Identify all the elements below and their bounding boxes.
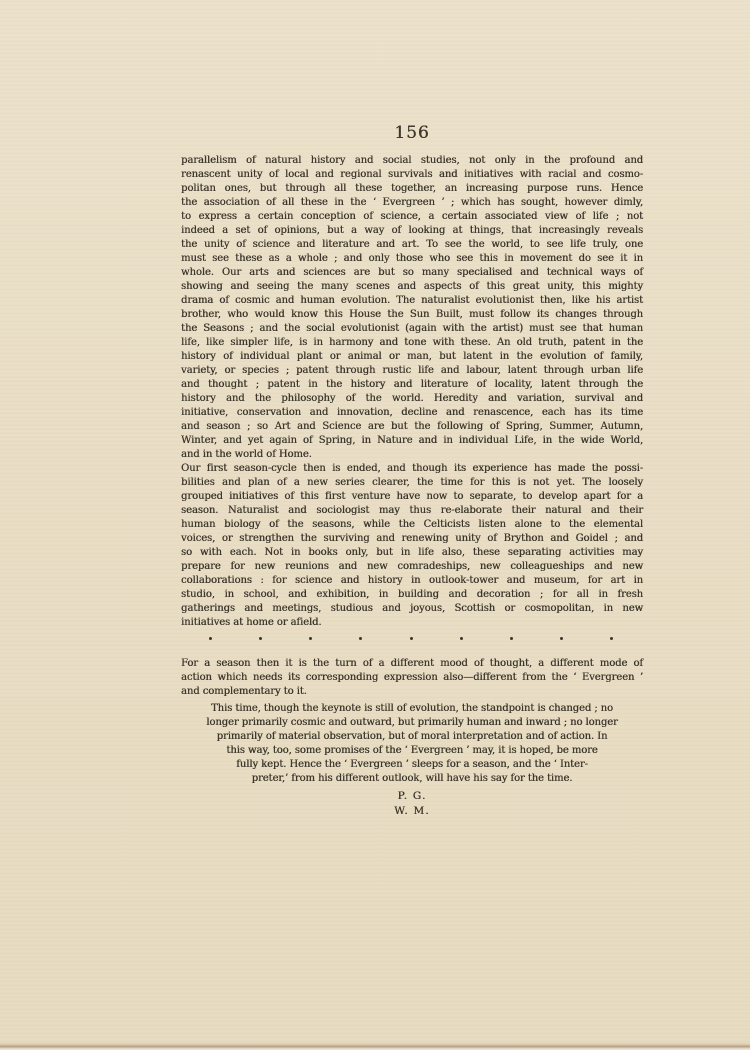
text-line: brother, who would know this House the S… <box>181 308 643 322</box>
text-line: history and the philosophy of the world.… <box>181 392 643 406</box>
text-line: history of individual plant or animal or… <box>181 350 643 364</box>
text-line: and in the world of Home. <box>181 448 643 462</box>
text-line: For a season then it is the turn of a di… <box>181 657 643 671</box>
text-line: This time, though the keynote is still o… <box>181 702 643 716</box>
text-line: whole. Our arts and sciences are but so … <box>181 266 643 280</box>
page-bottom-edge <box>0 1042 750 1050</box>
text-line: initiative, conservation and innovation,… <box>181 406 643 420</box>
text-line: so with each. Not in books only, but in … <box>181 546 643 560</box>
text-line: politan ones, but through all these toge… <box>181 182 643 196</box>
text-line: the unity of science and literature and … <box>181 238 643 252</box>
separator-dot <box>359 637 362 640</box>
text-line: the Seasons ; and the social evolutionis… <box>181 322 643 336</box>
text-line: the association of all these in the ‘ Ev… <box>181 196 643 210</box>
text-line: primarily of material observation, but o… <box>181 730 643 744</box>
paragraph-this-time-tapered: This time, though the keynote is still o… <box>181 702 643 786</box>
text-line: collaborations : for science and history… <box>181 574 643 588</box>
text-line: must see these as a whole ; and only tho… <box>181 252 643 266</box>
separator-dot <box>309 637 312 640</box>
book-page-scan: 156 parallelism of natural history and s… <box>0 0 750 1050</box>
text-line: life, like simpler life, is in harmony a… <box>181 336 643 350</box>
paragraph-for-a-season: For a season then it is the turn of a di… <box>181 657 643 699</box>
text-line: grouped initiatives of this first ventur… <box>181 490 643 504</box>
signature-initials-wm: W. M. <box>181 804 643 819</box>
text-line: and thought ; patent in the history and … <box>181 378 643 392</box>
text-line: variety, or species ; patent through rus… <box>181 364 643 378</box>
text-line: Our first season-cycle then is ended, an… <box>181 462 643 476</box>
text-line: drama of cosmic and human evolution. The… <box>181 294 643 308</box>
text-line: preter,’ from his different outlook, wil… <box>181 772 643 786</box>
text-line: indeed a set of opinions, but a way of l… <box>181 224 643 238</box>
text-line: voices, or strengthen the surviving and … <box>181 532 643 546</box>
text-line: renascent unity of local and regional su… <box>181 168 643 182</box>
text-line: studio, in school, and exhibition, in bu… <box>181 588 643 602</box>
text-line: and complementary to it. <box>181 685 643 699</box>
text-line: bilities and plan of a new series cleare… <box>181 476 643 490</box>
text-line: human biology of the seasons, while the … <box>181 518 643 532</box>
text-line: season. Naturalist and sociologist may t… <box>181 504 643 518</box>
text-line: and season ; so Art and Science are but … <box>181 420 643 434</box>
separator-dot <box>460 637 463 640</box>
text-line: action which needs its corresponding exp… <box>181 671 643 685</box>
separator-dot <box>410 637 413 640</box>
text-block: 156 parallelism of natural history and s… <box>181 0 643 819</box>
text-line: initiatives at home or afield. <box>181 616 643 630</box>
separator-dot <box>560 637 563 640</box>
separator-dot <box>610 637 613 640</box>
text-line: Winter, and yet again of Spring, in Natu… <box>181 434 643 448</box>
text-line: gatherings and meetings, studious and jo… <box>181 602 643 616</box>
text-line: longer primarily cosmic and outward, but… <box>181 716 643 730</box>
text-line: fully kept. Hence the ‘ Evergreen ’ slee… <box>181 758 643 772</box>
text-line: to express a certain conception of scien… <box>181 210 643 224</box>
text-line: showing and seeing the many scenes and a… <box>181 280 643 294</box>
signatures: P. G. W. M. <box>181 789 643 819</box>
separator-dot <box>209 637 212 640</box>
separator-dot <box>510 637 513 640</box>
text-line: prepare for new reunions and new comrade… <box>181 560 643 574</box>
section-separator-dots <box>209 637 613 640</box>
text-line: this way, too, some promises of the ‘ Ev… <box>181 744 643 758</box>
paragraph-continuation: parallelism of natural history and socia… <box>181 154 643 462</box>
signature-initials-pg: P. G. <box>181 789 643 804</box>
text-line: parallelism of natural history and socia… <box>181 154 643 168</box>
paragraph-season-cycle: Our first season-cycle then is ended, an… <box>181 462 643 630</box>
separator-dot <box>259 637 262 640</box>
page-number: 156 <box>181 121 643 145</box>
